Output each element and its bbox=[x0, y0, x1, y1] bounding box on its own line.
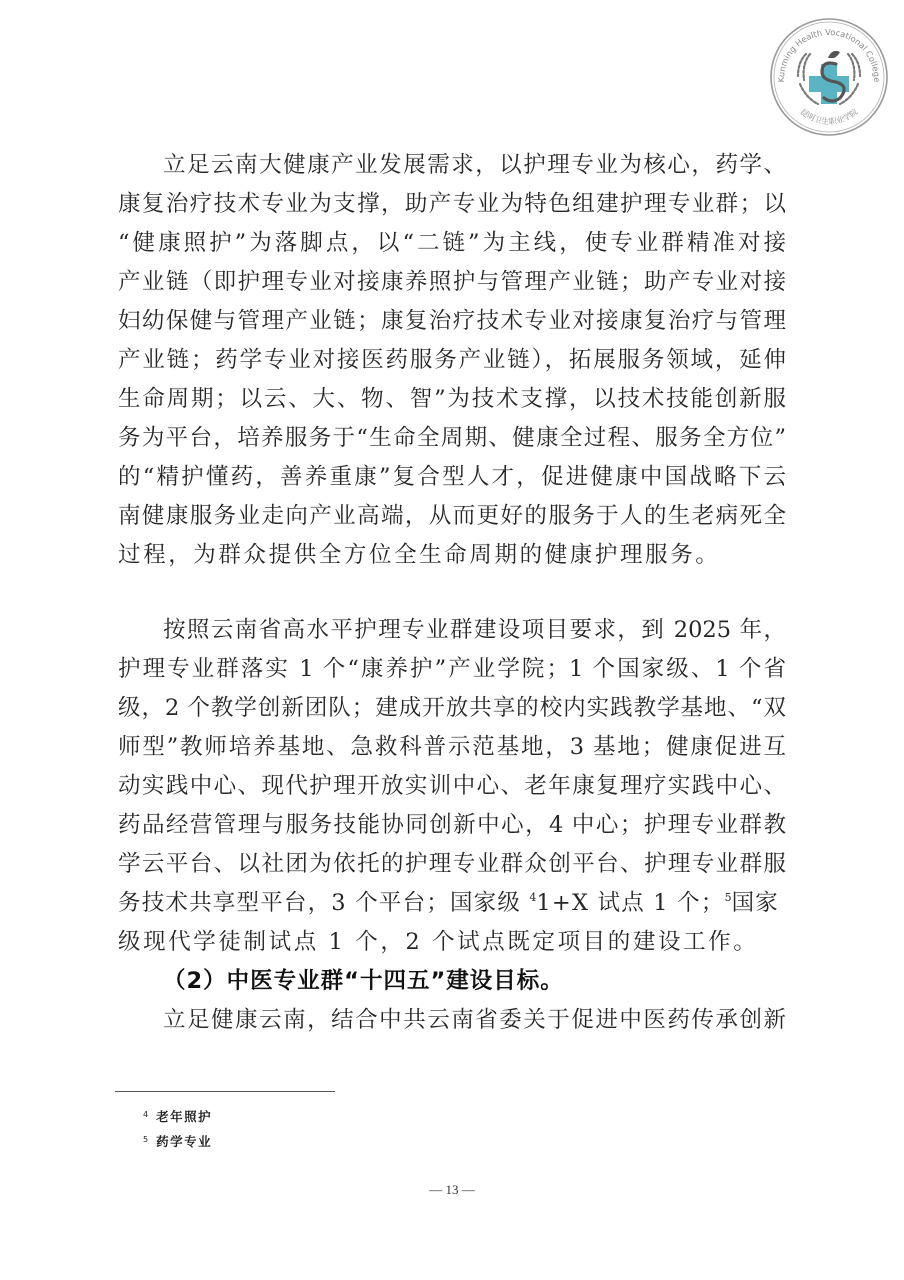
paragraph-1-line-11: 过程，为群众提供全方位全生命周期的健康护理服务。 bbox=[118, 536, 786, 575]
paragraph-2-line-6: 药品经营管理与服务技能协同创新中心，4 中心；护理专业群教 bbox=[118, 806, 786, 845]
college-seal-icon: Kunming Health Vocational College 昆明卫生职业… bbox=[766, 14, 892, 140]
svg-text:昆明卫生职业学院: 昆明卫生职业学院 bbox=[799, 107, 860, 126]
paragraph-2-line-5: 动实践中心、现代护理开放实训中心、老年康复理疗实践中心、 bbox=[118, 767, 786, 806]
paragraph-2-last-line: 级现代学徒制试点 1 个，2 个试点既定项目的建设工作。 bbox=[118, 923, 786, 962]
paragraph-2-line-7: 学云平台、以社团为依托的护理专业群众创平台、护理专业群服 bbox=[118, 845, 786, 884]
footnote-mark: 4 bbox=[143, 1110, 148, 1119]
paragraph-2-line-8: 务技术共享型平台，3 个平台；国家级 41+X 试点 1 个；5国家 bbox=[118, 884, 786, 923]
footnote-separator bbox=[115, 1091, 335, 1092]
paragraph-1-line-6: 产业链；药学专业对接医药服务产业链），拓展服务领域，延伸 bbox=[118, 341, 786, 380]
footnote-ref-5[interactable]: 5 bbox=[725, 891, 732, 904]
paragraph-1-line-9: 的“精护懂药，善养重康”复合型人才，促进健康中国战略下云 bbox=[118, 458, 786, 497]
paragraph-2-line-3: 级，2 个教学创新团队；建成开放共享的校内实践教学基地、“双 bbox=[118, 689, 786, 728]
document-page: Kunming Health Vocational College 昆明卫生职业… bbox=[0, 0, 904, 1280]
paragraph-2-line-2: 护理专业群落实 1 个“康养护”产业学院；1 个国家级、1 个省 bbox=[118, 650, 786, 689]
footnote-text: 药学专业 bbox=[156, 1134, 212, 1149]
paragraph-1-line-7: 生命周期；以云、大、物、智”为技术支撑，以技术技能创新服 bbox=[118, 380, 786, 419]
paragraph-1-line-1: 立足云南大健康产业发展需求，以护理专业为核心，药学、 bbox=[163, 146, 786, 185]
paragraph-3-line-1: 立足健康云南，结合中共云南省委关于促进中医药传承创新 bbox=[163, 1001, 786, 1040]
line-text: 1+X 试点 1 个； bbox=[536, 890, 724, 916]
paragraph-1-line-5: 妇幼保健与管理产业链；康复治疗技术专业对接康复治疗与管理 bbox=[118, 302, 786, 341]
page-number: — 13 — bbox=[0, 1182, 904, 1198]
footnote-mark: 5 bbox=[143, 1135, 148, 1144]
footnote-text: 老年照护 bbox=[156, 1109, 212, 1124]
paragraph-2-line-1: 按照云南省高水平护理专业群建设项目要求，到 2025 年， bbox=[163, 611, 786, 650]
paragraph-1-line-3: “健康照护”为落脚点，以“二链”为主线，使专业群精准对接 bbox=[118, 224, 786, 263]
line-text: 国家 bbox=[732, 890, 779, 916]
paragraph-1-line-10: 南健康服务业走向产业高端，从而更好的服务于人的生老病死全 bbox=[118, 497, 786, 536]
footnote-4: 4老年照护 bbox=[143, 1106, 212, 1126]
section-heading: （2）中医专业群“十四五”建设目标。 bbox=[163, 962, 786, 1001]
paragraph-1-line-4: 产业链（即护理专业对接康养照护与管理产业链；助产专业对接 bbox=[118, 263, 786, 302]
paragraph-2-line-4: 师型”教师培养基地、急救科普示范基地，3 基地；健康促进互 bbox=[118, 728, 786, 767]
footnote-5: 5药学专业 bbox=[143, 1131, 212, 1151]
paragraph-1-line-2: 康复治疗技术专业为支撑，助产专业为特色组建护理专业群；以 bbox=[118, 185, 786, 224]
paragraph-1-line-8: 务为平台，培养服务于“生命全周期、健康全过程、服务全方位” bbox=[118, 419, 786, 458]
line-text: 务技术共享型平台，3 个平台；国家级 bbox=[118, 890, 529, 916]
